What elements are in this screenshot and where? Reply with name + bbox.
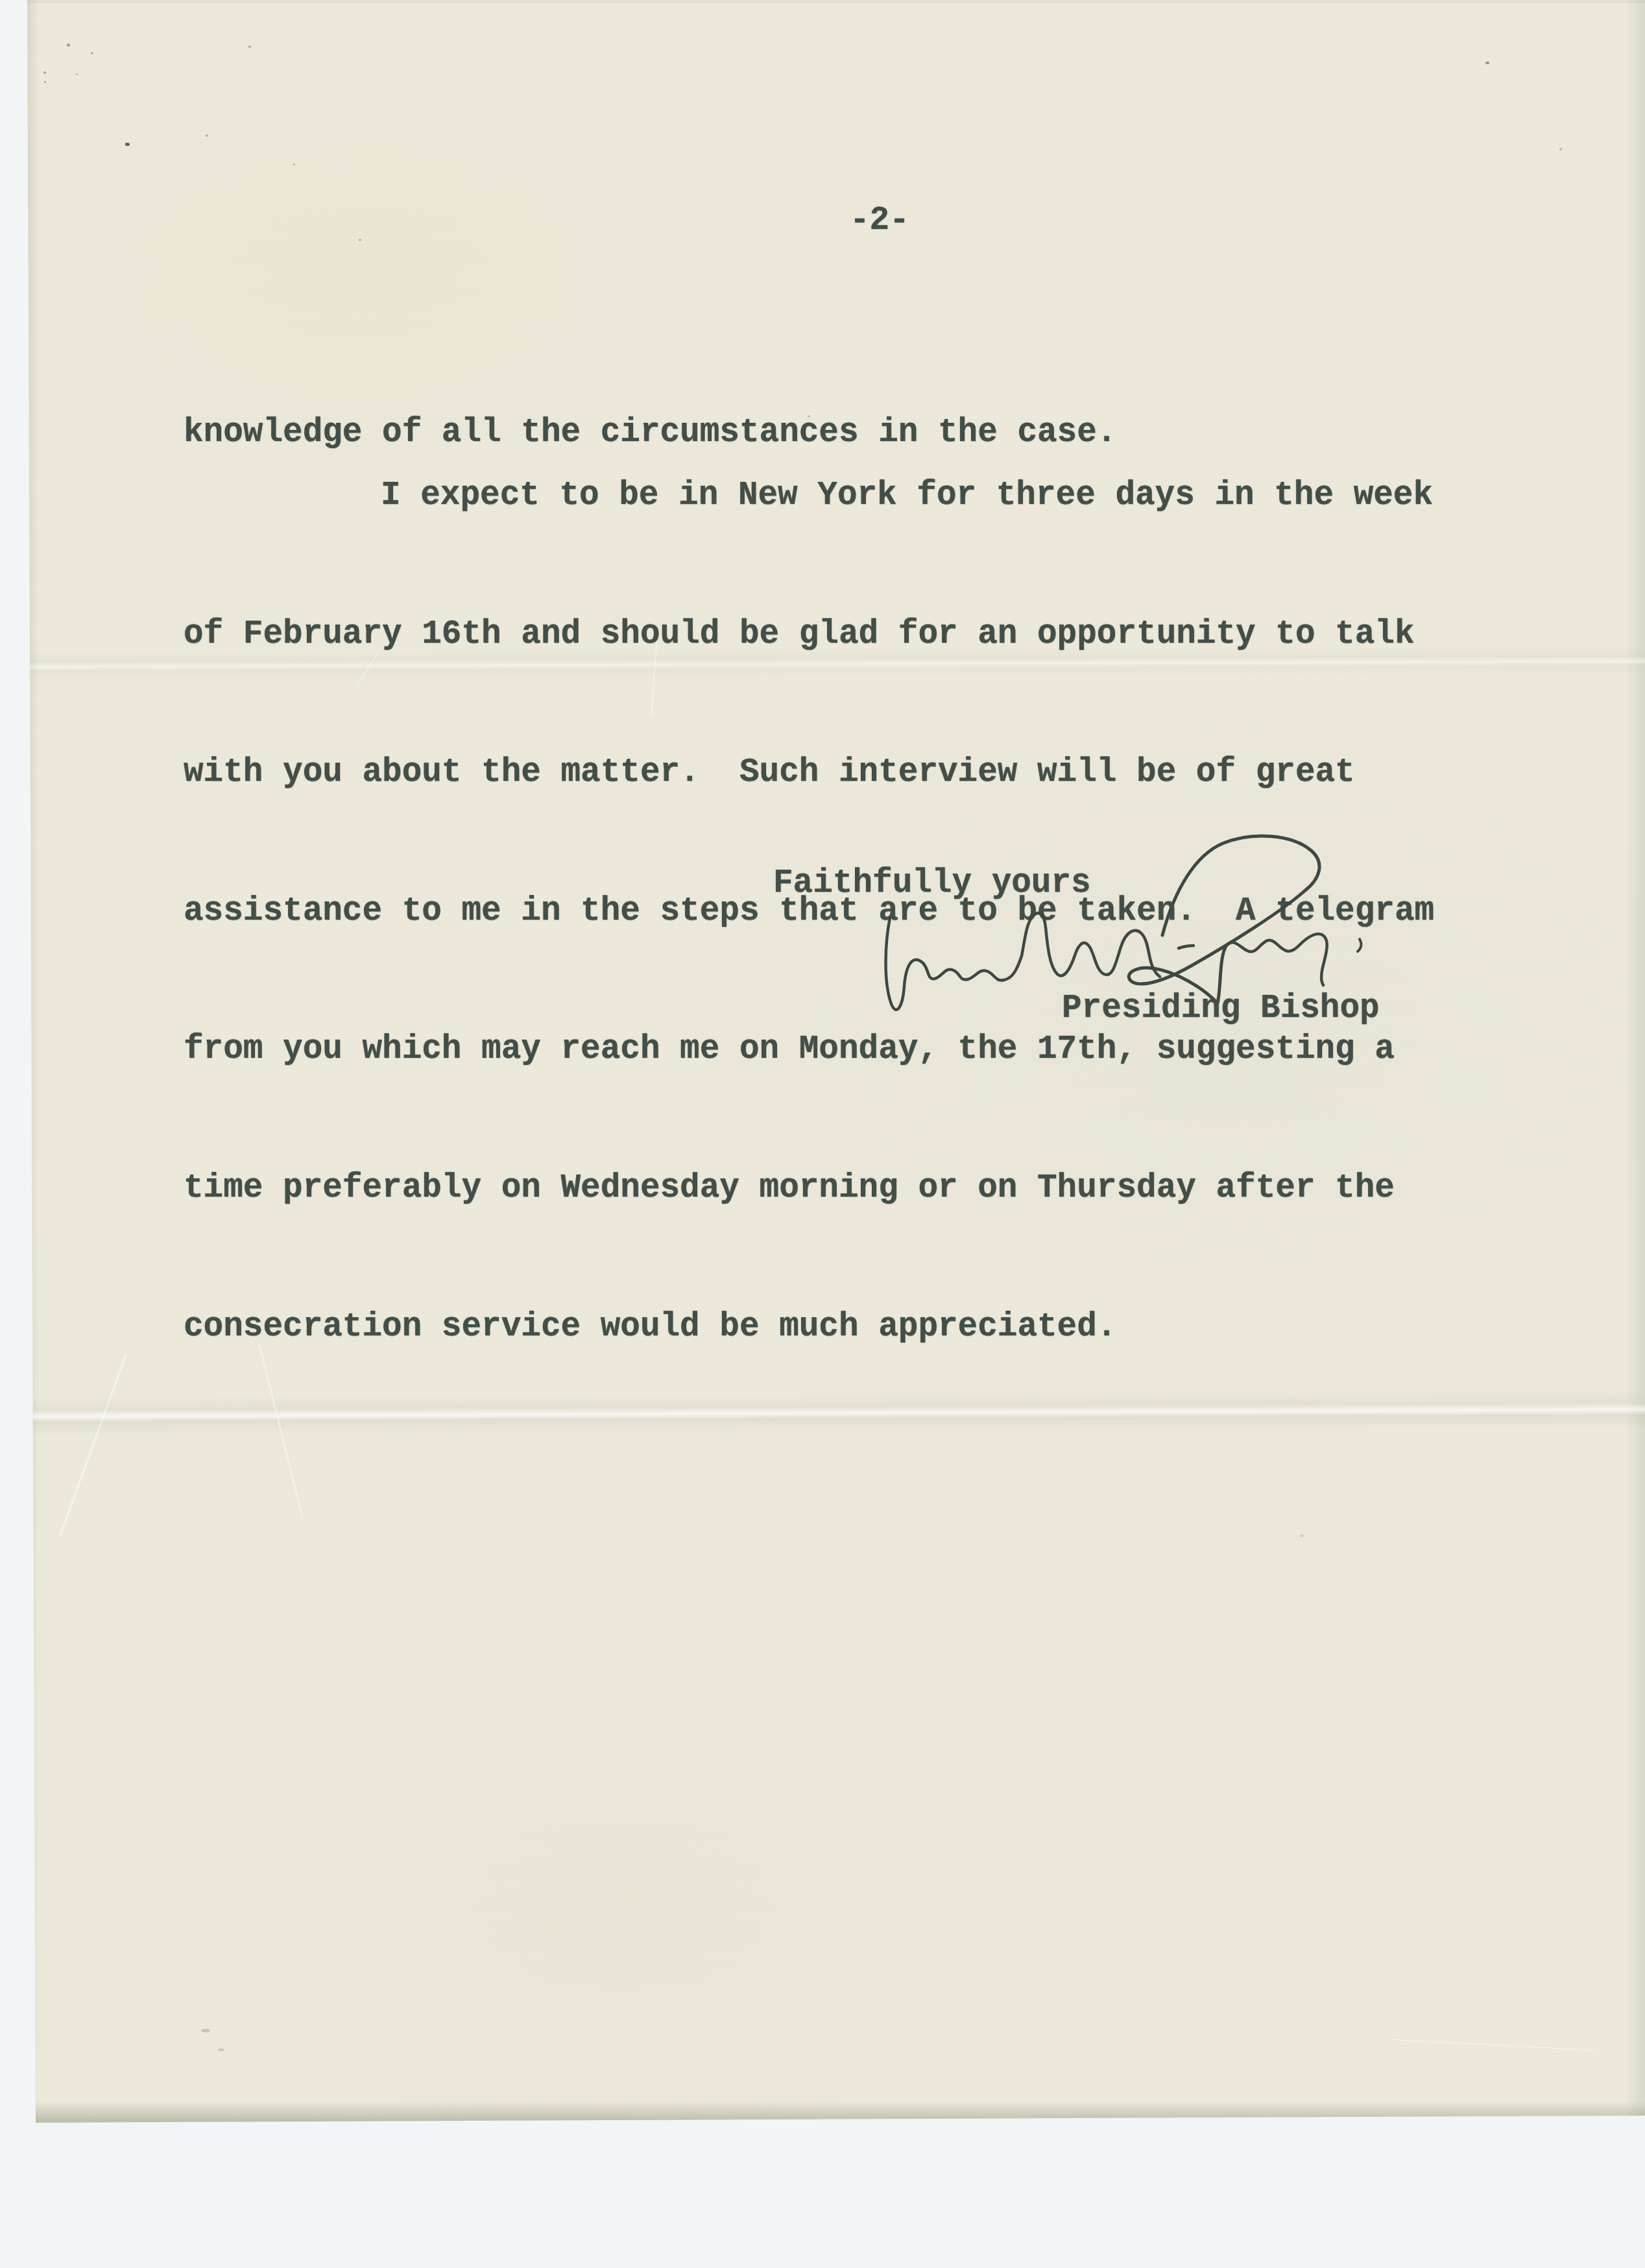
scanner-background: -2- knowledge of all the circumstances i… xyxy=(0,0,1645,2268)
paper-speckle xyxy=(76,73,78,75)
body-line: I expect to be in New York for three day… xyxy=(184,464,1434,529)
paper-speckle xyxy=(125,143,130,146)
paper-speckle xyxy=(218,2048,224,2051)
wrinkle-mark xyxy=(1388,2039,1596,2051)
wrinkle-mark xyxy=(59,1354,127,1537)
paper-edge-shadow-left xyxy=(26,0,39,2123)
signature-title: Presiding Bishop xyxy=(1062,977,1380,1042)
body-line: consecration service would be much appre… xyxy=(184,1295,1434,1360)
paper-speckle xyxy=(43,71,46,74)
paper-edge-shadow-bottom xyxy=(0,2101,1645,2123)
page-number: -2- xyxy=(850,189,909,254)
paper-speckle xyxy=(67,43,70,47)
paper-speckle xyxy=(91,52,93,54)
paper-speckle xyxy=(44,81,46,83)
letter-page: -2- knowledge of all the circumstances i… xyxy=(0,0,1645,2268)
paper-speckle xyxy=(201,2029,210,2033)
body-line: time preferably on Wednesday morning or … xyxy=(184,1156,1434,1221)
paper-speckle xyxy=(359,239,361,241)
paper-edge-shadow-top xyxy=(0,0,1645,3)
paper-speckle xyxy=(1300,1534,1304,1537)
paper-speckle xyxy=(293,163,295,165)
paper-speckle xyxy=(1559,148,1562,150)
paper-edge-shadow-right xyxy=(1626,0,1645,2118)
body-line: of February 16th and should be glad for … xyxy=(184,603,1434,667)
body-line: with you about the matter. Such intervie… xyxy=(184,741,1434,806)
signature-apostrophe-mark xyxy=(1358,939,1361,951)
paper-speckle xyxy=(248,45,251,48)
paper-speckle xyxy=(1485,62,1489,64)
paper-speckle xyxy=(206,134,208,137)
